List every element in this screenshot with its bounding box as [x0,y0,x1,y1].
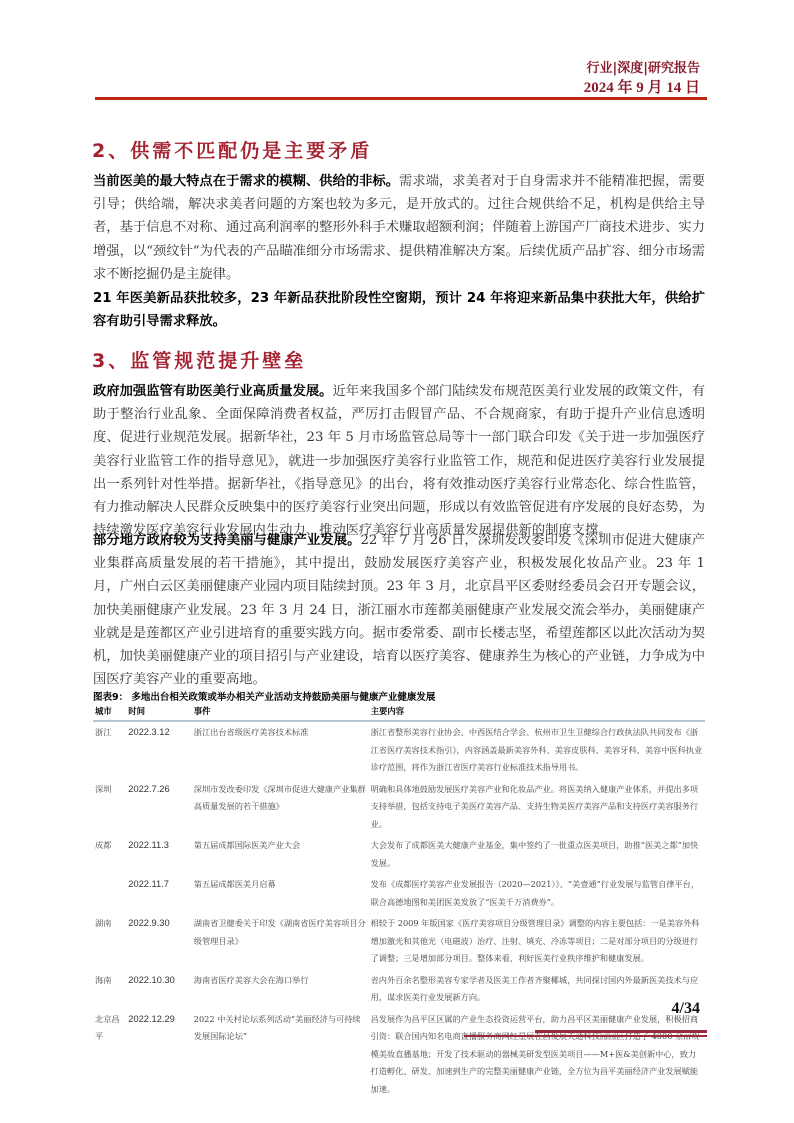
column-header-event: 事件 [192,701,369,721]
column-header-content: 主要内容 [369,701,705,721]
cell-content: 昌发展作为昌平区区属的产业生态投资运营平台，助力昌平区美丽健康产业发展，积极招商… [369,1009,705,1101]
table-row: 2022.11.7 第五届成都医美月启幕 发布《成都医疗美容产业发展报告（202… [93,874,705,913]
cell-content: 发布《成都医疗美容产业发展报告（2020—2021）》、“美壹通”行业发展与监管… [369,874,705,913]
paragraph-supply-demand: 当前医美的最大特点在于需求的模糊、供给的非标。需求端，求美者对于自身需求并不能精… [93,170,705,286]
table-row: 深圳 2022.7.26 深圳市发改委印发《深圳市促进大健康产业集群高质量发展的… [93,779,705,836]
cell-city: 浙江 [93,721,126,779]
cell-event: 深圳市发改委印发《深圳市促进大健康产业集群高质量发展的若干措施》 [192,779,369,836]
cell-city [93,874,126,913]
cell-content: 相较于 2009 年版国家《医疗美容项目分级管理目录》调整的内容主要包括：一是美… [369,913,705,970]
cell-event: 2022 中关村论坛系列活动“美丽经济与可持续发展国际论坛” [192,1009,369,1101]
paragraph-local-government: 部分地方政府较为支持美丽与健康产业发展。22 年 7 月 26 日，深圳发改委印… [93,529,705,691]
paragraph-regulation: 政府加强监管有助医美行业高质量发展。近年来我国多个部门陆续发布规范医美行业发展的… [93,380,705,542]
cell-content: 浙江省整形美容行业协会、中西医结合学会、杭州市卫生卫健综合行政执法队共同发布《浙… [369,721,705,779]
cell-date: 2022.10.30 [126,970,191,1009]
cell-city: 海南 [93,970,126,1009]
cell-content: 明确和具体地鼓励发展医疗美容产业和化妆品产业。将医美纳入健康产业体系，并提出多项… [369,779,705,836]
cell-date: 2022.11.7 [126,874,191,913]
column-header-city: 城市 [93,701,126,721]
section-title-regulation: 3、监管规范提升壁垒 [92,346,306,373]
table-row: 湖南 2022.9.30 湖南省卫健委关于印发《湖南省医疗美容项目分级管理目录》… [93,913,705,970]
footer-rule-thick [535,1030,707,1033]
paragraph-new-products: 21 年医美新品获批较多，23 年新品获批阶段性空窗期，预计 24 年将迎来新品… [93,287,705,333]
cell-content: 省内外百余名整形美容专家学者及医美工作者齐聚椰城，共同探讨国内外最新医美技术与应… [369,970,705,1009]
paragraph-body: 近年来我国多个部门陆续发布规范医美行业发展的政策文件，有助于整治行业乱象、全面保… [93,384,705,538]
paragraph-lead: 21 年医美新品获批较多，23 年新品获批阶段性空窗期，预计 24 年将迎来新品… [93,291,705,329]
cell-content: 大会发布了成都医美大健康产业基金，集中签约了一批重点医美项目，助推“医美之都”加… [369,835,705,874]
footer-rule-thin [464,1035,707,1037]
paragraph-lead: 当前医美的最大特点在于需求的模糊、供给的非标。 [93,174,399,189]
cell-city: 成都 [93,835,126,874]
table-row: 浙江 2022.3.12 浙江出台省级医疗美容技术标准 浙江省整形美容行业协会、… [93,721,705,779]
paragraph-body: 需求端，求美者对于自身需求并不能精准把握，需要引导；供给端，解决求美者问题的方案… [93,174,705,282]
cell-date: 2022.9.30 [126,913,191,970]
cell-date: 2022.7.26 [126,779,191,836]
report-type-label: 行业|深度|研究报告 [587,57,701,76]
cell-event: 海南省医疗美容大会在海口举行 [192,970,369,1009]
paragraph-body: 22 年 7 月 26 日，深圳发改委印发《深圳市促进大健康产业集群高质量发展的… [93,533,705,687]
cell-date: 2022.3.12 [126,721,191,779]
cell-city: 湖南 [93,913,126,970]
table-row: 北京昌平 2022.12.29 2022 中关村论坛系列活动“美丽经济与可持续发… [93,1009,705,1101]
cell-city: 深圳 [93,779,126,836]
cell-event: 湖南省卫健委关于印发《湖南省医疗美容项目分级管理目录》 [192,913,369,970]
cell-event: 第五届成都国际医美产业大会 [192,835,369,874]
page-number: 4/34 [672,1000,700,1018]
cell-city: 北京昌平 [93,1009,126,1101]
column-header-date: 时间 [126,701,191,721]
report-date: 2024 年 9 月 14 日 [584,76,700,97]
section-title-supply-demand: 2、供需不匹配仍是主要矛盾 [92,136,372,163]
table-row: 海南 2022.10.30 海南省医疗美容大会在海口举行 省内外百余名整形美容专… [93,970,705,1009]
paragraph-lead: 部分地方政府较为支持美丽与健康产业发展。 [93,533,360,548]
header-rule [95,97,707,100]
cell-date: 2022.12.29 [126,1009,191,1101]
policy-table: 城市 时间 事件 主要内容 浙江 2022.3.12 浙江出台省级医疗美容技术标… [93,701,705,1100]
table-row: 成都 2022.11.3 第五届成都国际医美产业大会 大会发布了成都医美大健康产… [93,835,705,874]
paragraph-lead: 政府加强监管有助医美行业高质量发展。 [93,384,332,399]
cell-event: 第五届成都医美月启幕 [192,874,369,913]
cell-date: 2022.11.3 [126,835,191,874]
cell-event: 浙江出台省级医疗美容技术标准 [192,721,369,779]
table-header-row: 城市 时间 事件 主要内容 [93,701,705,721]
